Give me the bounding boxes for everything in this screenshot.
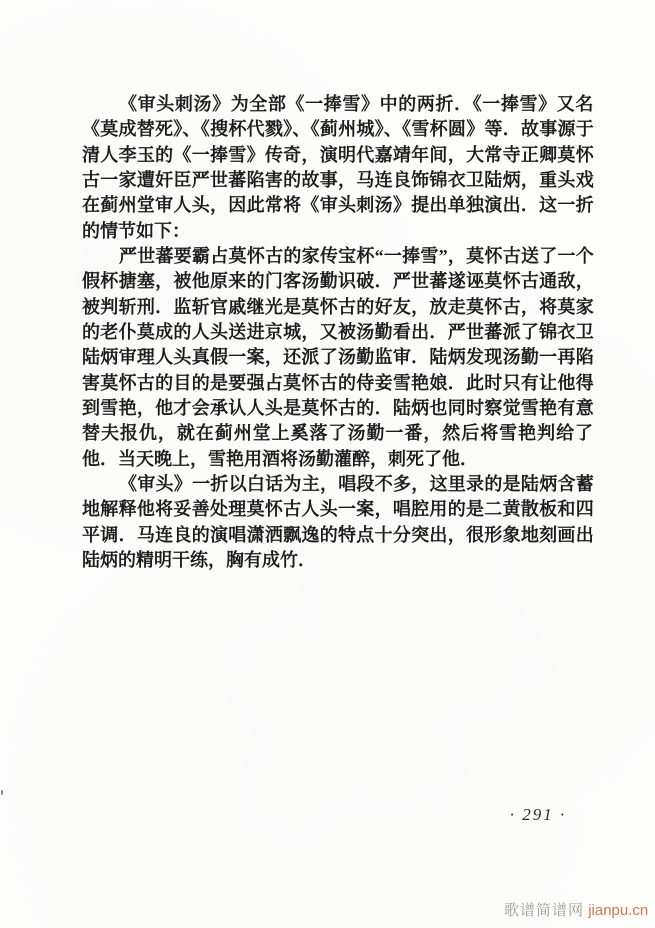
text-line: 替夫报仇，就在蓟州堂上奚落了汤勤一番，然后将雪艳判给了 bbox=[82, 421, 594, 446]
watermark-site-url: jianpu.cn bbox=[588, 902, 648, 919]
text-line: 《审头》一折以白话为主，唱段不多，这里录的是陆炳含蓄 bbox=[82, 472, 594, 497]
text-line: 《审头刺汤》为全部《一捧雪》中的两折．《一捧雪》又名 bbox=[82, 92, 594, 117]
text-line: 平调．马连良的演唱潇洒飘逸的特点十分突出，很形象地刻画出 bbox=[82, 523, 594, 548]
paragraph: 《审头》一折以白话为主，唱段不多，这里录的是陆炳含蓄地解释他将妥善处理莫怀古人头… bbox=[82, 472, 594, 573]
scanned-book-page: 《审头刺汤》为全部《一捧雪》中的两折．《一捧雪》又名《莫成替死》、《搜杯代戮》、… bbox=[0, 0, 655, 928]
text-line: 假杯搪塞，被他原来的门客汤勤识破．严世蕃遂诬莫怀古通敌， bbox=[82, 269, 594, 294]
page-number: · 291 · bbox=[478, 805, 598, 825]
text-line: 古一家遭奸臣严世蕃陷害的故事，马连良饰锦衣卫陆炳，重头戏 bbox=[82, 168, 594, 193]
paragraph: 严世蕃要霸占莫怀古的家传宝杯“一捧雪”，莫怀古送了一个假杯搪塞，被他原来的门客汤… bbox=[82, 244, 594, 472]
paragraph: 《审头刺汤》为全部《一捧雪》中的两折．《一捧雪》又名《莫成替死》、《搜杯代戮》、… bbox=[82, 92, 594, 244]
text-line: 的情节如下： bbox=[82, 219, 594, 244]
scan-speck bbox=[1, 790, 3, 795]
watermark-site-name: 歌谱简谱网 bbox=[504, 902, 584, 919]
text-line: 严世蕃要霸占莫怀古的家传宝杯“一捧雪”，莫怀古送了一个 bbox=[82, 244, 594, 269]
watermark: 歌谱简谱网 jianpu.cn bbox=[504, 899, 648, 920]
text-line: 的老仆莫成的人头送进京城，又被汤勤看出．严世蕃派了锦衣卫 bbox=[82, 320, 594, 345]
text-line: 陆炳的精明干练，胸有成竹． bbox=[82, 548, 594, 573]
text-line: 清人李玉的《一捧雪》传奇，演明代嘉靖年间，大常寺正卿莫怀 bbox=[82, 143, 594, 168]
text-line: 在蓟州堂审人头，因此常将《审头刺汤》提出单独演出．这一折 bbox=[82, 193, 594, 218]
text-line: 他．当天晚上，雪艳用酒将汤勤灌醉，刺死了他． bbox=[82, 447, 594, 472]
text-line: 到雪艳，他才会承认人头是莫怀古的．陆炳也同时察觉雪艳有意 bbox=[82, 396, 594, 421]
text-line: 《莫成替死》、《搜杯代戮》、《蓟州城》、《雪杯圆》等．故事源于 bbox=[82, 117, 594, 142]
text-line: 害莫怀古的目的是要强占莫怀古的侍妾雪艳娘．此时只有让他得 bbox=[82, 371, 594, 396]
text-line: 陆炳审理人头真假一案，还派了汤勤监审．陆炳发现汤勤一再陷 bbox=[82, 345, 594, 370]
text-line: 地解释他将妥善处理莫怀古人头一案，唱腔用的是二黄散板和四 bbox=[82, 497, 594, 522]
text-line: 被判斩刑．监斩官戚继光是莫怀古的好友，放走莫怀古，将莫家 bbox=[82, 295, 594, 320]
text-block: 《审头刺汤》为全部《一捧雪》中的两折．《一捧雪》又名《莫成替死》、《搜杯代戮》、… bbox=[82, 92, 594, 573]
